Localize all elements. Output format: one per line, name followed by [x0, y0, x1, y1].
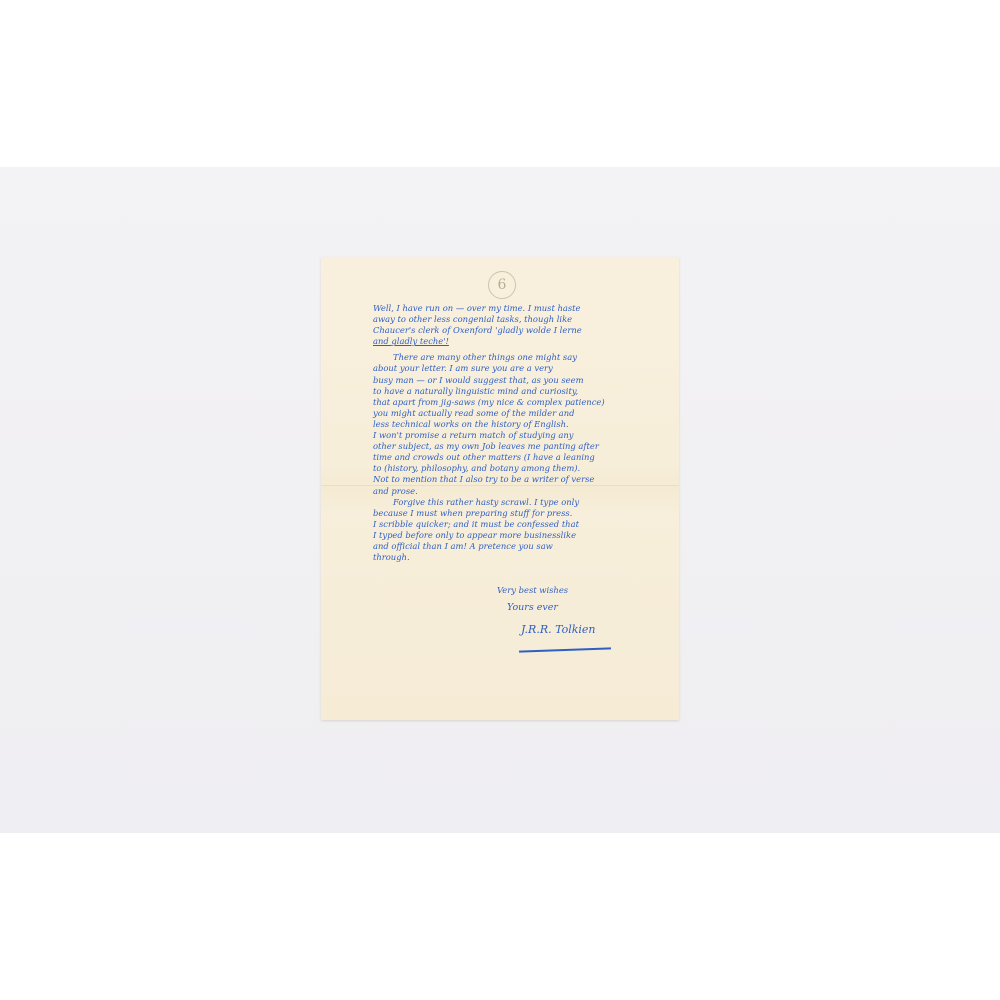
- line: you might actually read some of the mild…: [373, 408, 575, 418]
- line: away to other less congenial tasks, thou…: [373, 314, 572, 324]
- line: other subject, as my own Job leaves me p…: [373, 441, 599, 451]
- line: because I must when preparing stuff for …: [373, 508, 572, 518]
- letter-sheet: 6 Well, I have run on — over my time. I …: [321, 257, 679, 720]
- line: to (history, philosophy, and botany amon…: [373, 463, 580, 473]
- line: less technical works on the history of E…: [373, 419, 569, 429]
- signature-underline: [519, 647, 611, 652]
- line: Well, I have run on — over my time. I mu…: [373, 303, 581, 313]
- line: and official than I am! A pretence you s…: [373, 541, 553, 551]
- line: and prose.: [373, 486, 418, 496]
- line: Not to mention that I also try to be a w…: [373, 474, 594, 484]
- line: through.: [373, 552, 410, 562]
- line: and gladly teche'!: [373, 336, 449, 346]
- line: that apart from jig-saws (my nice & comp…: [373, 397, 605, 407]
- line: time and crowds out other matters (I hav…: [373, 452, 595, 462]
- paragraph-2: There are many other things one might sa…: [373, 352, 663, 496]
- paragraph-1: Well, I have run on — over my time. I mu…: [373, 303, 663, 347]
- signature: J.R.R. Tolkien: [521, 623, 596, 636]
- valediction: Yours ever: [507, 602, 558, 613]
- letter-body: Well, I have run on — over my time. I mu…: [373, 303, 663, 563]
- line: about your letter. I am sure you are a v…: [373, 363, 553, 373]
- page-number-circle: 6: [488, 271, 516, 299]
- line: There are many other things one might sa…: [393, 352, 577, 362]
- line: to have a naturally linguistic mind and …: [373, 386, 578, 396]
- line: busy man — or I would suggest that, as y…: [373, 375, 584, 385]
- line: I typed before only to appear more busin…: [373, 530, 576, 540]
- line: I won't promise a return match of studyi…: [373, 430, 574, 440]
- line: Forgive this rather hasty scrawl. I type…: [393, 497, 579, 507]
- line: I scribble quicker; and it must be confe…: [373, 519, 579, 529]
- salutation: Very best wishes: [497, 585, 568, 595]
- paragraph-3: Forgive this rather hasty scrawl. I type…: [373, 497, 663, 564]
- line: Chaucer's clerk of Oxenford 'gladly wold…: [373, 325, 582, 335]
